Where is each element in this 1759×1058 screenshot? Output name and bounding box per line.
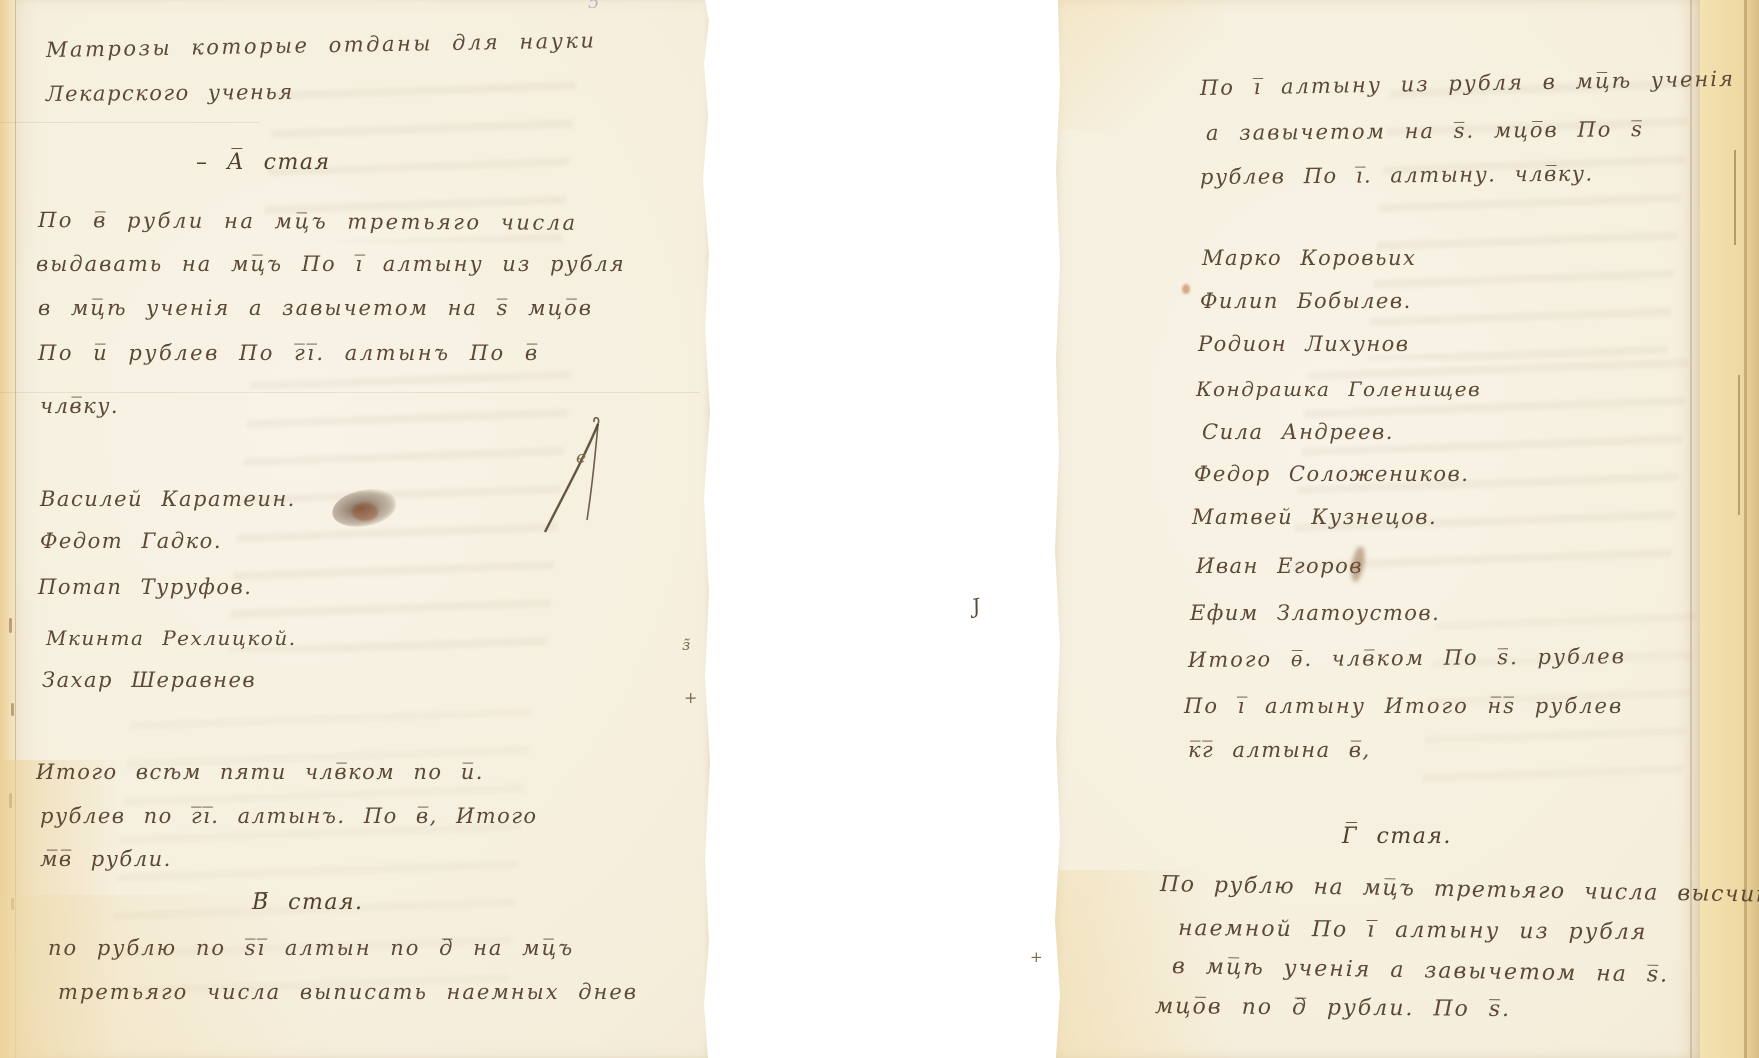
bleed-through [1367,60,1693,360]
title-line: Лекарского ученья [46,80,294,106]
total-line: Итого всѣм пяти члв̅ком по и̅. [36,760,484,784]
name-line: Захар Шеравнев [42,668,256,692]
page-number: 5 [588,0,601,13]
name-line: Матвей Кузнецов. [1192,505,1437,529]
name-line: Потап Туруфов. [38,575,252,599]
name-line: Иван Егоров [1196,554,1363,578]
gutter-crease-line [15,0,16,1058]
total-line: м̅в̅ рубли. [40,847,172,871]
name-line: Федор Соложеников. [1194,462,1469,486]
total-line: Итого ѳ̅. члв̅ком По ѕ̅. рублев [1188,644,1626,672]
margin-mark: з̃ [682,636,690,654]
manuscript-line: а завычетом на ѕ̅. мцо̅в По ѕ̅ [1206,117,1644,145]
pen-test-letter: е [576,448,586,468]
gap-ink-mark: Ј [970,593,983,618]
stitch-mark [9,618,12,633]
manuscript-line: в мц̅ѣ ученія а завычетом на ѕ̅ мцо̅в [38,296,593,320]
name-line: Сила Андреев. [1202,420,1394,444]
stain [1054,0,1224,130]
name-line: Кондрашка Голенищев [1196,377,1481,401]
manuscript-line: третьяго числа выписать наемных днев [58,980,638,1004]
pen-trial-mark [538,412,608,537]
name-line: Родион Лихунов [1198,332,1410,356]
name-line: Марко Коровьих [1202,246,1416,270]
name-line: Филип Бобылев. [1200,289,1412,313]
bleed-through [1422,592,1699,782]
manuscript-scan: 5 Матрозы которые отданы для науки Лекар… [0,0,1759,1058]
paper-crease [0,122,260,123]
margin-mark: + [1030,948,1043,966]
manuscript-line: рублев По і̅. алтыну. члв̅ку. [1200,162,1594,189]
total-line: рублев по г̅і̅. алтынъ. По в̅, Итого [40,804,538,828]
stitch-mark [11,898,14,910]
manuscript-line: По в̅ рубли на мц̅ъ третьяго числа [38,208,578,235]
manuscript-line: наемной По і̅ алтыну из рубля [1178,916,1648,945]
section-heading: В̅ стая. [252,890,364,915]
name-line: Мкинта Рехлицкой. [46,626,297,650]
stitch-mark [9,793,12,808]
total-line: По і̅ алтыну Итого н̅ѕ̅ рублев [1184,694,1623,718]
stitch-mark [11,703,14,716]
name-line: Федот Гадко. [40,529,222,553]
name-line: Ефим Златоустов. [1190,601,1440,625]
section-heading: Г̅ стая. [1342,824,1452,849]
total-line: к̅г̅ алтына в̅, [1188,738,1371,762]
manuscript-line: мцо̅в по д̅ рубли. По ѕ̅. [1155,994,1511,1022]
manuscript-line: по рублю по ѕ̅і̅ алтын по д̅ на мц̅ъ [48,936,574,960]
margin-mark: + [684,688,697,707]
manuscript-line: выдавать на мц̅ъ По і̅ алтыну из рубля [36,252,626,276]
manuscript-line: По и̅ рублев По г̅і̅. алтынъ По в̅ [38,341,540,365]
section-heading: – А̅ стая [196,150,331,175]
manuscript-line: члв̅ку. [40,394,119,418]
name-line: Василей Каратеин. [40,487,296,511]
